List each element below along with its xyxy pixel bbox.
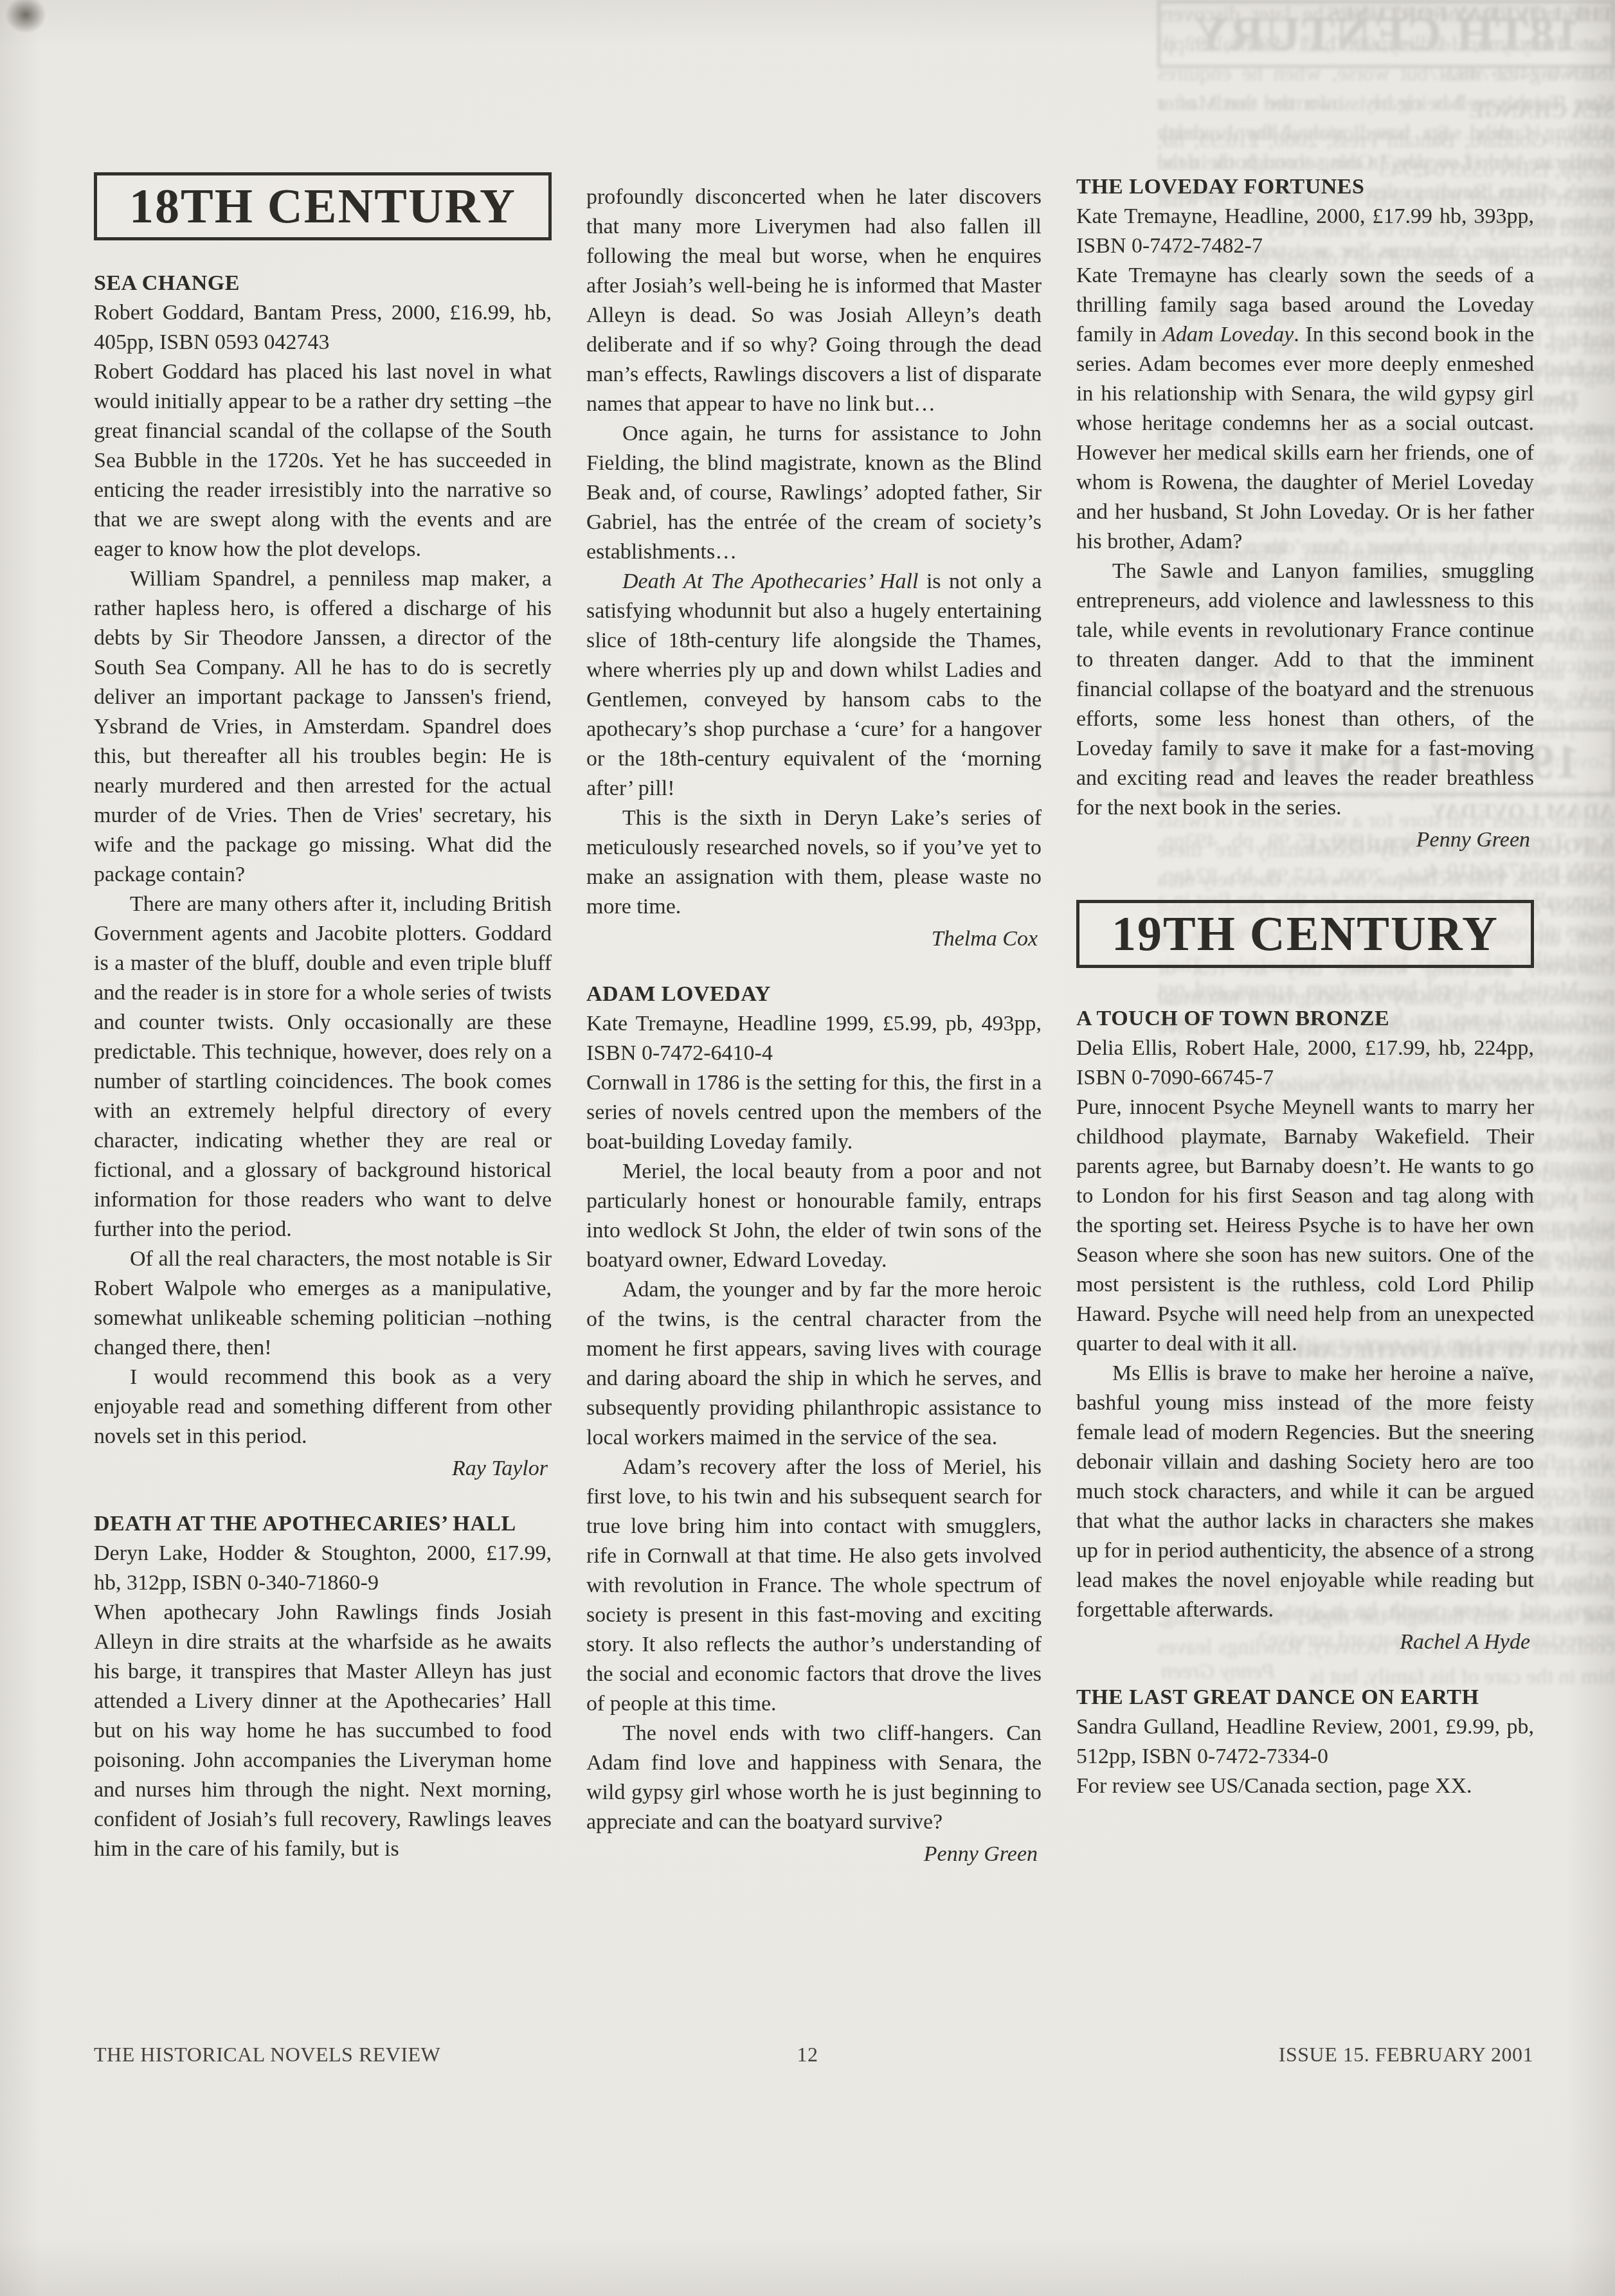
- column-left: 18TH CENTURY SEA CHANGE Robert Goddard, …: [94, 172, 552, 1864]
- section-header-label: 19TH CENTURY: [1112, 919, 1499, 949]
- reviewer-byline: Penny Green: [1076, 825, 1534, 855]
- review-paragraph: The Sawle and Lanyon families, smuggling…: [1076, 557, 1534, 823]
- column-middle: profoundly disconcerted when he later di…: [586, 183, 1042, 1869]
- review-loveday-fortunes: THE LOVEDAY FORTUNES Kate Tremayne, Head…: [1076, 172, 1534, 855]
- review-title: SEA CHANGE: [94, 269, 552, 298]
- reviewer-byline: Penny Green: [586, 1840, 1042, 1869]
- review-paragraph: Pure, innocent Psyche Meynell wants to m…: [1076, 1093, 1534, 1359]
- review-paragraph: The novel ends with two cliff-hangers. C…: [586, 1719, 1042, 1837]
- review-paragraph: This is the sixth in Deryn Lake’s series…: [586, 803, 1042, 922]
- section-header-label: 18TH CENTURY: [129, 192, 516, 221]
- publication-line: Kate Tremayne, Headline, 2000, £17.99 hb…: [1076, 202, 1534, 261]
- review-death-apothecaries-continued: profoundly disconcerted when he later di…: [586, 183, 1042, 954]
- review-paragraph: Adam, the younger and by far the more he…: [586, 1275, 1042, 1453]
- review-death-apothecaries: DEATH AT THE APOTHECARIES’ HALL Deryn La…: [94, 1509, 552, 1864]
- review-sea-change: SEA CHANGE Robert Goddard, Bantam Press,…: [94, 269, 552, 1484]
- review-paragraph: Kate Tremayne has clearly sown the seeds…: [1076, 261, 1534, 557]
- review-paragraph: Ms Ellis is brave to make her heroine a …: [1076, 1359, 1534, 1625]
- reviewer-byline: Rachel A Hyde: [1076, 1628, 1534, 1657]
- review-paragraph: Once again, he turns for assistance to J…: [586, 419, 1042, 567]
- review-adam-loveday: ADAM LOVEDAY Kate Tremayne, Headline 199…: [586, 980, 1042, 1869]
- review-paragraph: Cornwall in 1786 is the setting for this…: [586, 1068, 1042, 1157]
- cross-reference-note: For review see US/Canada section, page X…: [1076, 1771, 1534, 1801]
- review-town-bronze: A TOUCH OF TOWN BRONZE Delia Ellis, Robe…: [1076, 1004, 1534, 1657]
- scanned-magazine-page: 18TH CENTURY SEA CHANGE Robert Goddard, …: [0, 0, 1615, 2296]
- review-title: DEATH AT THE APOTHECARIES’ HALL: [94, 1509, 552, 1539]
- reviewer-byline: Ray Taylor: [94, 1454, 552, 1484]
- review-paragraph: Adam’s recovery after the loss of Meriel…: [586, 1453, 1042, 1719]
- review-paragraph: profoundly disconcerted when he later di…: [586, 183, 1042, 419]
- publication-line: Kate Tremayne, Headline 1999, £5.99, pb,…: [586, 1009, 1042, 1068]
- paragraph-text: . In this second book in the series. Ada…: [1076, 323, 1534, 553]
- review-paragraph: There are many others after it, includin…: [94, 890, 552, 1244]
- review-paragraph: Death At The Apothecaries’ Hall is not o…: [586, 567, 1042, 803]
- book-title-italic: Adam Loveday: [1162, 323, 1294, 346]
- review-title: A TOUCH OF TOWN BRONZE: [1076, 1004, 1534, 1034]
- review-last-great-dance: THE LAST GREAT DANCE ON EARTH Sandra Gul…: [1076, 1683, 1534, 1801]
- publication-line: Robert Goddard, Bantam Press, 2000, £16.…: [94, 298, 552, 357]
- publication-line: Delia Ellis, Robert Hale, 2000, £17.99, …: [1076, 1034, 1534, 1093]
- paragraph-text: is not only a satisfying whodunnit but a…: [586, 570, 1042, 800]
- review-paragraph: Of all the real characters, the most not…: [94, 1244, 552, 1363]
- book-title-italic: Death At The Apothecaries’ Hall: [622, 570, 918, 593]
- review-paragraph: I would recommend this book as a very en…: [94, 1363, 552, 1451]
- column-right: THE LOVEDAY FORTUNES Kate Tremayne, Head…: [1076, 172, 1534, 1801]
- review-paragraph: Robert Goddard has placed his last novel…: [94, 357, 552, 564]
- review-title: THE LOVEDAY FORTUNES: [1076, 172, 1534, 202]
- review-title: THE LAST GREAT DANCE ON EARTH: [1076, 1683, 1534, 1712]
- review-paragraph: William Spandrel, a penniless map maker,…: [94, 564, 552, 890]
- section-header-19th-century: 19TH CENTURY: [1076, 900, 1534, 968]
- review-paragraph: Meriel, the local beauty from a poor and…: [586, 1157, 1042, 1275]
- footer-issue-info: ISSUE 15. FEBRUARY 2001: [1279, 2041, 1533, 2067]
- review-paragraph: When apothecary John Rawlings finds Josi…: [94, 1598, 552, 1864]
- publication-line: Sandra Gulland, Headline Review, 2001, £…: [1076, 1712, 1534, 1771]
- scan-smudge-artifact: [5, 0, 46, 33]
- reviewer-byline: Thelma Cox: [586, 924, 1042, 954]
- review-title: ADAM LOVEDAY: [586, 980, 1042, 1009]
- publication-line: Deryn Lake, Hodder & Stoughton, 2000, £1…: [94, 1539, 552, 1598]
- section-header-18th-century: 18TH CENTURY: [94, 172, 552, 240]
